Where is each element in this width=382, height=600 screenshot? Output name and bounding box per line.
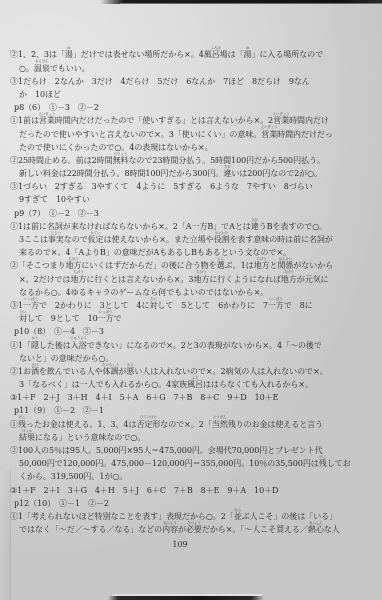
furigana-word: 違ちが: [223, 169, 231, 178]
furigana-reading: ゆ: [63, 47, 75, 50]
furigana-word: 事実じじつ: [48, 235, 64, 244]
continuation-line: か 10ほど: [0, 88, 382, 101]
furigana-reading: ちが: [221, 166, 233, 169]
continuation-line: ではなく「～だ／～する／なる」などの内容ないようが必要ひつようだから×。「～人こ…: [0, 523, 382, 536]
answer-item-line: ③1＋F 2＋I 3＋G 4＋H 5＋J 6＋C 7＋B 8＋E 9＋A 10＋…: [0, 484, 382, 497]
furigana-word: 温泉おんせん: [34, 64, 50, 73]
furigana-word: 対たい: [149, 301, 157, 310]
answer-item-line: ①残のこったお金は使える。1、3、4は否定形ひていけいなので×。2「当然とうぜん…: [0, 418, 382, 431]
furigana-word: 結果けっか: [19, 433, 35, 442]
continuation-line: ×。2だけでは地方ちほうに行くとは言えないから×。3地方ちほうに行くようになれば…: [0, 273, 382, 286]
furigana-reading: いっぽう: [96, 311, 116, 314]
furigana-reading: たい: [17, 311, 29, 314]
furigana-reading: たいちょう: [101, 364, 121, 367]
furigana-word: 隠かく: [31, 341, 39, 350]
furigana-word: 湯ゆ: [65, 50, 73, 59]
answer-item-line: ③1一方いっぽうで 2かわりに 3として 4に対たいして 5として 6かわりに …: [0, 299, 382, 312]
answer-item-line: ③1だらけ 2なんか 3だけ 4だらけ 5だけ 6なんか 7ほど 8だらけ 9な…: [0, 75, 382, 88]
furigana-word: 内容ないよう: [162, 525, 178, 534]
section-header: p8（6） ①－3 ②－2: [0, 101, 382, 114]
furigana-reading: かんけい: [275, 258, 295, 261]
continuation-line: ないと」の意味だから○。: [0, 352, 382, 365]
continuation-line: 9すぎて 10やすい: [0, 193, 382, 206]
continuation-line: たので使いにくかったので○。4の表現はないから×。: [0, 141, 382, 154]
furigana-reading: ひつよう: [184, 522, 204, 525]
furigana-word: 熱心ねっしん: [308, 525, 324, 534]
furigana-word: 入浴にゅうよく: [71, 341, 87, 350]
answer-item-line: ②1、2、3は「湯ゆ」だけでは表せない場所だから×。4風呂場ふろばは「湯ゆ」に入…: [0, 48, 382, 61]
furigana-word: 対たい: [19, 314, 27, 323]
furigana-reading: わる: [124, 364, 136, 367]
furigana-reading: ふろ: [185, 377, 205, 380]
continuation-line: ○。温泉おんせんでもいい。: [0, 62, 382, 75]
answer-item-line: ①1「隠かくした後は入浴にゅうよくできない」になるので×。2と3の表現がないから…: [0, 339, 382, 352]
section-header: p10（8） ①－4 ②－3: [0, 325, 382, 338]
continuation-line: くから。319,500円。1が○。: [0, 470, 382, 483]
furigana-reading: やくわり: [212, 232, 232, 235]
furigana-reading: のこ: [317, 456, 329, 459]
furigana-reading: いっぽう: [266, 298, 286, 301]
furigana-reading: ねっしん: [306, 522, 326, 525]
furigana-reading: おんせん: [32, 60, 52, 63]
furigana-reading: にゅうよく: [69, 337, 89, 340]
furigana-reading: さけ: [29, 364, 41, 367]
furigana-reading: ゆ: [242, 47, 254, 50]
answer-item-line: ②25時間止める。前は2時間無料むりょうなので23時間分払う。5時間100円だか…: [0, 154, 382, 167]
page-bottom-shadow-edge: [108, 596, 264, 600]
furigana-word: 一方いっぽう: [23, 301, 39, 310]
continuation-line: 50,000円で120,000円。475,000－120,000円＝355,00…: [0, 457, 382, 470]
furigana-reading: ないよう: [160, 522, 180, 525]
furigana-reading: いっぽう: [21, 298, 41, 301]
furigana-reading: ちが: [249, 219, 261, 222]
furigana-reading: ひていけい: [134, 416, 162, 419]
furigana-word: 残のこ: [319, 459, 327, 468]
furigana-word: 違ちが: [251, 222, 259, 231]
continuation-line: 3ここは事実じじつなので仮定かていは使えないから×。また立場や役割やくわりを表す…: [0, 233, 382, 246]
furigana-word: 体調たいちょう: [103, 367, 119, 376]
continuation-line: 3「なるべく」は一人でも入れるから○。4家族風呂ふろははらなくても入れるから×。: [0, 378, 382, 391]
furigana-reading: じじつ: [46, 232, 66, 235]
furigana-reading: ちほう: [191, 271, 211, 274]
furigana-reading: ちほう: [68, 271, 88, 274]
answer-item-line: ③1＋F 2＋J 3＋H 4＋I 5＋A 6＋G 7＋B 8＋C 9＋D 10＋…: [0, 391, 382, 404]
furigana-word: 役割やくわり: [214, 235, 230, 244]
furigana-reading: とうぜん: [210, 416, 230, 419]
furigana-word: 並なら: [234, 512, 242, 521]
section-header: p9（7） ①－2 ②－3: [0, 207, 382, 220]
furigana-word: 地方ちほう: [254, 261, 270, 270]
furigana-word: 地方ちほう: [281, 275, 297, 284]
furigana-reading: かく: [29, 337, 41, 340]
furigana-word: 否定形ひていけい: [136, 420, 160, 429]
answer-item-line: ③1づらい 2すぎる 3やすくて 4ように 5すぎる 6ような 7やすい 8づら…: [0, 180, 382, 193]
answer-key-text: ②1、2、3は「湯ゆ」だけでは表せない場所だから×。4風呂場ふろばは「湯ゆ」に入…: [0, 48, 382, 536]
continuation-line: だったので使いやすいと言えないので×。3「使いにくい」の意味。営業えいぎょう時間…: [0, 128, 382, 141]
furigana-word: 営業えいぎょう: [39, 116, 55, 125]
furigana-word: 当然とうぜん: [212, 420, 228, 429]
furigana-word: 地方ちほう: [193, 275, 209, 284]
answer-item-line: ①1前は営業えいぎょう時間内だけだったので「使いすぎる」とは言えないから×。2営…: [0, 114, 382, 127]
furigana-reading: ちほう: [279, 271, 299, 274]
furigana-word: 営業えいぎょう: [261, 130, 277, 139]
page-top-highlight: [120, 3, 382, 4]
furigana-reading: ちほう: [64, 258, 84, 261]
furigana-reading: えいぎょう: [37, 113, 57, 116]
continuation-line: 新しい料金は22時間分払う。8時間100円だから300円。違ちがいは200円なの…: [0, 167, 382, 180]
furigana-word: 風呂ふろ: [187, 380, 203, 389]
continuation-line: 結果けっかになる」という意味なので○。: [0, 431, 382, 444]
furigana-reading: むりょう: [111, 153, 131, 156]
furigana-reading: なら: [232, 509, 244, 512]
furigana-word: 湯ゆ: [244, 50, 252, 59]
continuation-line: 来るので×。4「AよりB」の意味だがAもあるしBもあるという文なので×。: [0, 246, 382, 259]
furigana-word: 一方いっぽう: [268, 301, 284, 310]
furigana-word: 営業えいぎょう: [273, 116, 289, 125]
furigana-reading: のこ: [16, 416, 28, 419]
continuation-line: 対たいして 9として 10一方いっぽうで: [0, 312, 382, 325]
furigana-reading: えいぎょう: [259, 126, 279, 129]
section-header: p12（10） ①－1 ②－2: [0, 497, 382, 510]
furigana-word: 仮定かてい: [88, 235, 104, 244]
furigana-reading: たい: [147, 298, 159, 301]
furigana-word: 風呂場ふろば: [204, 50, 228, 59]
furigana-word: 残のこ: [18, 420, 26, 429]
furigana-reading: えいぎょう: [271, 113, 291, 116]
furigana-reading: ちほう: [252, 258, 272, 261]
continuation-line: なるから○。4ゆるキャラのゲームなら何でもよいのではないから×。: [0, 286, 382, 299]
furigana-reading: ふろば: [202, 47, 230, 50]
furigana-reading: かてい: [86, 232, 106, 235]
furigana-word: 悪わる: [126, 367, 134, 376]
furigana-word: 地方ちほう: [70, 275, 86, 284]
furigana-word: 必要ひつよう: [186, 525, 202, 534]
furigana-word: 酒さけ: [31, 367, 39, 376]
furigana-word: 選えら: [217, 261, 225, 270]
page-number: 109: [0, 539, 360, 551]
furigana-reading: えら: [215, 258, 227, 261]
furigana-reading: けっか: [17, 430, 37, 433]
furigana-word: 無料むりょう: [113, 156, 129, 165]
section-header: p11（9） ①－2 ②－1: [0, 404, 382, 417]
furigana-word: 一方いっぽう: [98, 314, 114, 323]
